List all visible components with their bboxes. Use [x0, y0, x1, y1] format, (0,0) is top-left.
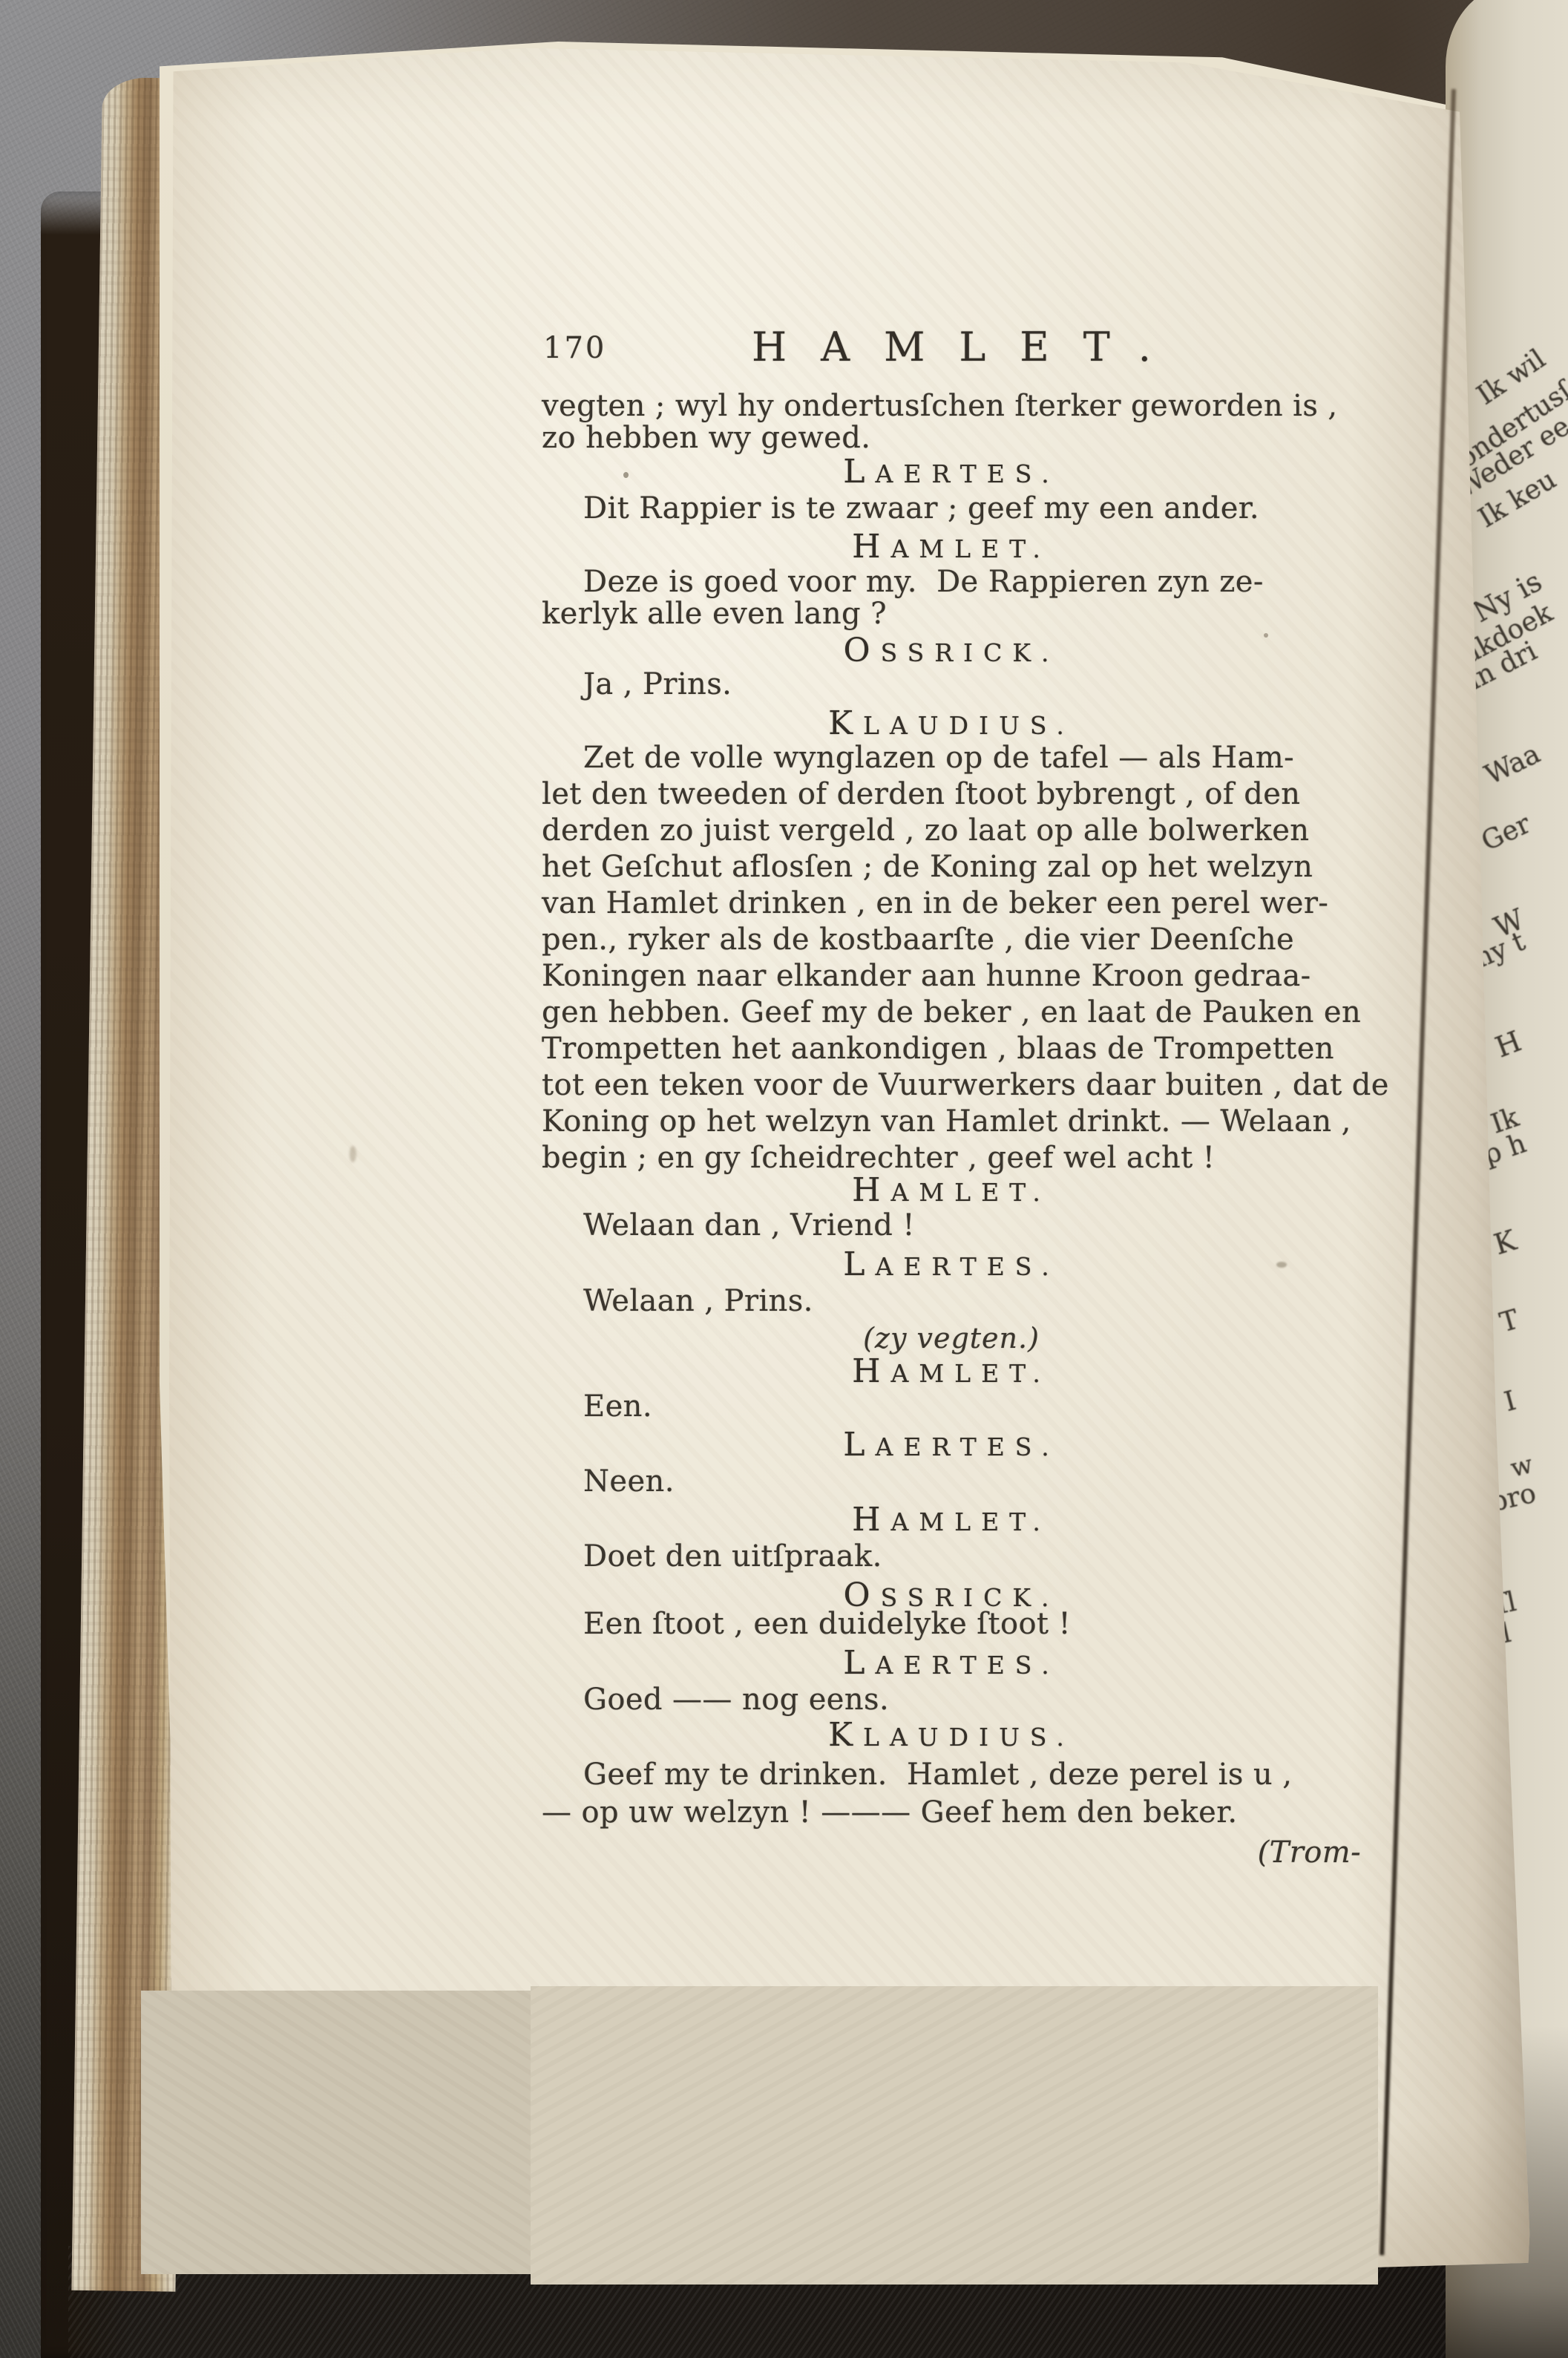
pasted-paper-patch-left — [141, 1991, 532, 2274]
page-paper-grain — [169, 36, 1542, 2279]
facing-page-text-fragment: K — [1490, 1224, 1520, 1261]
facing-page-text-fragment: I — [1501, 1386, 1519, 1418]
foxing-speck — [1264, 633, 1268, 638]
facing-page-text-fragment: H — [1491, 1025, 1526, 1064]
pasted-paper-patch-right — [531, 1986, 1378, 2285]
foxing-speck — [1276, 1262, 1287, 1268]
foxing-speck — [623, 472, 629, 478]
facing-page-text-fragment: T — [1497, 1304, 1522, 1338]
book-photo: Ik wil ondertusſch Weder ee Ik keu Ny is… — [0, 0, 1568, 2358]
foxing-speck — [350, 1146, 356, 1162]
facing-page-text-fragment: Waa — [1480, 738, 1545, 791]
facing-page-text-fragment: Ger — [1477, 809, 1535, 858]
book-page — [169, 36, 1542, 2279]
